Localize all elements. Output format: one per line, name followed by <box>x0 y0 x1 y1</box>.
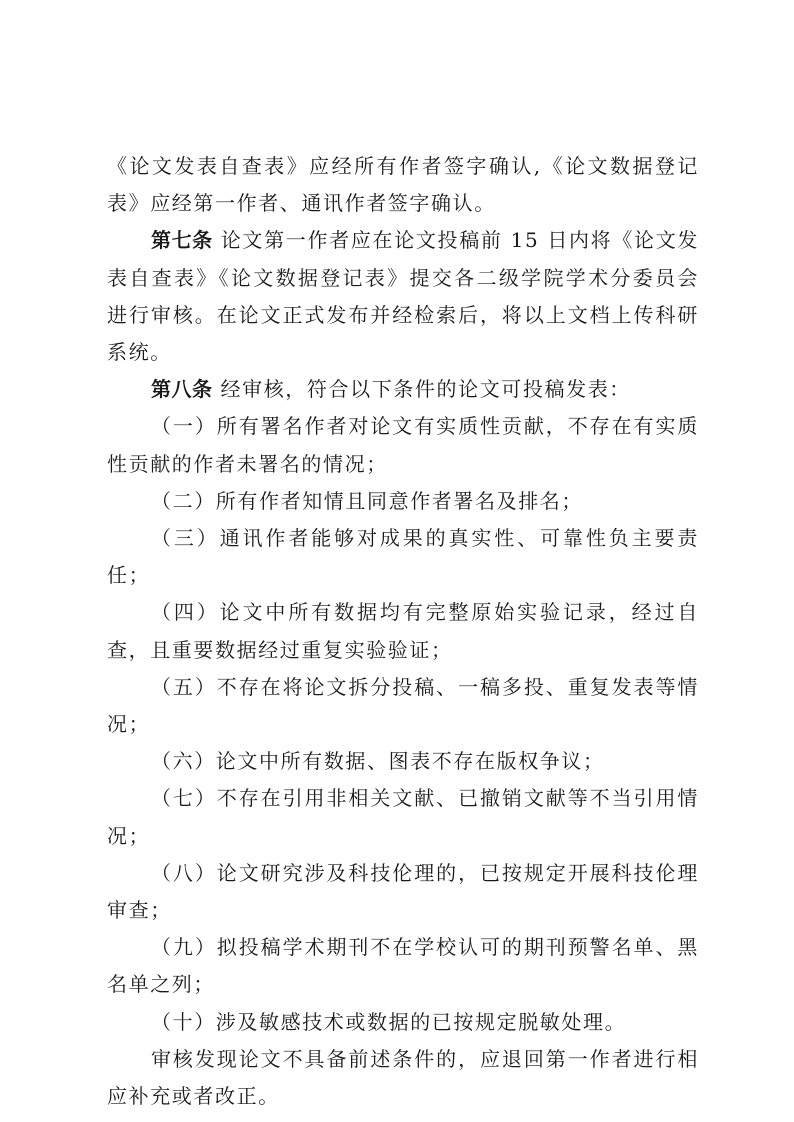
condition-text: （六）论文中所有数据、图表不存在版权争议； <box>151 749 605 773</box>
condition-item-6: （六）论文中所有数据、图表不存在版权争议； <box>107 743 699 780</box>
condition-item-8: （八）论文研究涉及科技伦理的，已按规定开展科技伦理审查； <box>107 855 699 929</box>
condition-text: （五）不存在将论文拆分投稿、一稿多投、重复发表等情况； <box>107 675 699 736</box>
condition-item-9: （九）拟投稿学术期刊不在学校认可的期刊预警名单、黑名单之列； <box>107 929 699 1003</box>
article-seven: 第七条论文第一作者应在论文投稿前 15 日内将《论文发表自查表》《论文数据登记表… <box>107 222 699 371</box>
article-number: 第七条 <box>151 228 213 252</box>
paragraph-closing: 审核发现论文不具备前述条件的，应退回第一作者进行相应补充或者改正。 <box>107 1041 699 1115</box>
condition-text: （四）论文中所有数据均有完整原始实验记录，经过自查，且重要数据经过重复实验验证； <box>107 600 699 661</box>
condition-item-5: （五）不存在将论文拆分投稿、一稿多投、重复发表等情况； <box>107 669 699 743</box>
condition-text: （七）不存在引用非相关文献、已撤销文献等不当引用情况； <box>107 786 699 847</box>
paragraph-text: 审核发现论文不具备前述条件的，应退回第一作者进行相应补充或者改正。 <box>107 1047 699 1108</box>
article-number: 第八条 <box>151 377 213 401</box>
article-eight: 第八条经审核，符合以下条件的论文可投稿发表： <box>107 371 699 408</box>
paragraph-continuation: 《论文发表自查表》应经所有作者签字确认,《论文数据登记表》应经第一作者、通讯作者… <box>107 148 699 222</box>
condition-item-10: （十）涉及敏感技术或数据的已按规定脱敏处理。 <box>107 1004 699 1041</box>
condition-item-2: （二）所有作者知情且同意作者署名及排名； <box>107 483 699 520</box>
condition-text: （三）通讯作者能够对成果的真实性、可靠性负主要责任； <box>107 526 699 587</box>
condition-item-7: （七）不存在引用非相关文献、已撤销文献等不当引用情况； <box>107 780 699 854</box>
condition-text: （一）所有署名作者对论文有实质性贡献，不存在有实质性贡献的作者未署名的情况； <box>107 414 699 475</box>
condition-text: （十）涉及敏感技术或数据的已按规定脱敏处理。 <box>151 1010 626 1034</box>
condition-text: （二）所有作者知情且同意作者署名及排名； <box>151 489 583 513</box>
condition-text: （八）论文研究涉及科技伦理的，已按规定开展科技伦理审查； <box>107 861 699 922</box>
paragraph-text: 《论文发表自查表》应经所有作者签字确认,《论文数据登记表》应经第一作者、通讯作者… <box>107 154 699 215</box>
condition-item-3: （三）通讯作者能够对成果的真实性、可靠性负主要责任； <box>107 520 699 594</box>
condition-text: （九）拟投稿学术期刊不在学校认可的期刊预警名单、黑名单之列； <box>107 935 699 996</box>
article-text: 经审核，符合以下条件的论文可投稿发表： <box>221 377 631 401</box>
condition-item-4: （四）论文中所有数据均有完整原始实验记录，经过自查，且重要数据经过重复实验验证； <box>107 594 699 668</box>
condition-item-1: （一）所有署名作者对论文有实质性贡献，不存在有实质性贡献的作者未署名的情况； <box>107 408 699 482</box>
document-page: 《论文发表自查表》应经所有作者签字确认,《论文数据登记表》应经第一作者、通讯作者… <box>107 148 699 1115</box>
